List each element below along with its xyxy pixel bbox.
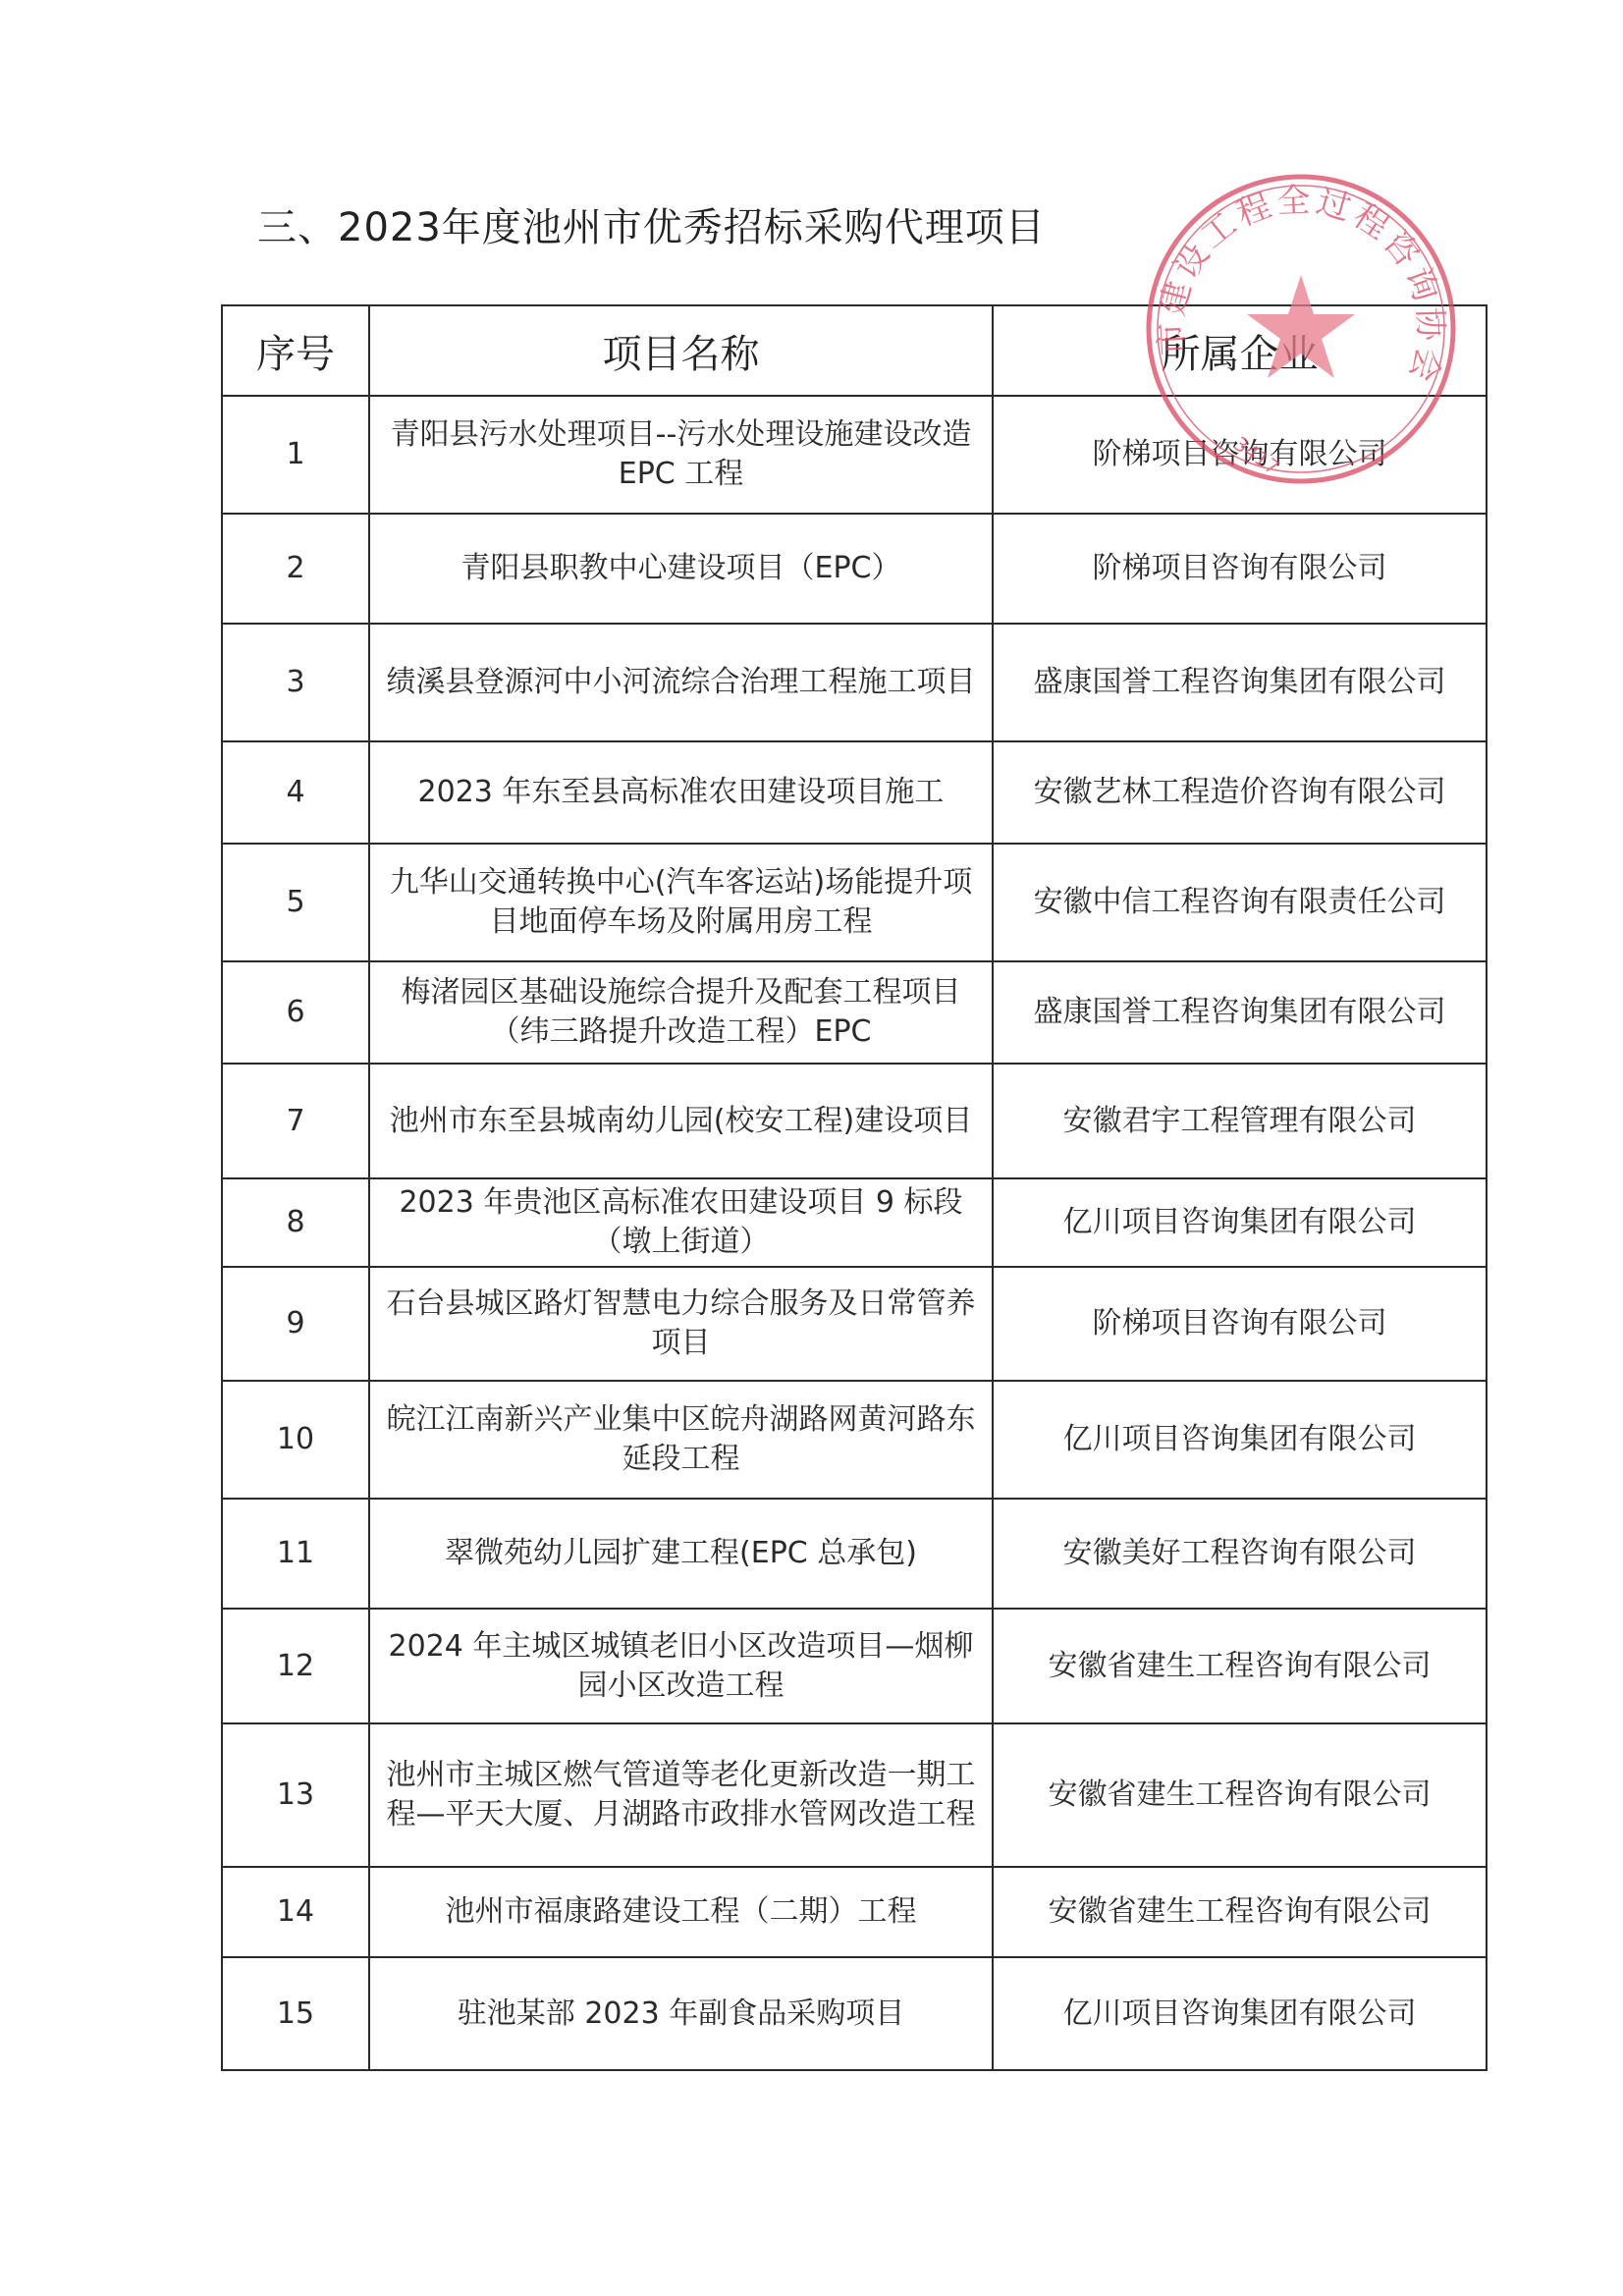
- table-header-row: 序号 项目名称 所属企业: [222, 305, 1487, 396]
- cell-project: 池州市福康路建设工程（二期）工程: [369, 1867, 993, 1957]
- cell-project: 2023 年贵池区高标准农田建设项目 9 标段（墩上街道）: [369, 1178, 993, 1267]
- cell-company: 阶梯项目咨询有限公司: [993, 514, 1487, 624]
- table-row: 11翠微苑幼儿园扩建工程(EPC 总承包)安徽美好工程咨询有限公司: [222, 1499, 1487, 1609]
- cell-project: 池州市东至县城南幼儿园(校安工程)建设项目: [369, 1064, 993, 1178]
- table-row: 7池州市东至县城南幼儿园(校安工程)建设项目安徽君宇工程管理有限公司: [222, 1064, 1487, 1178]
- cell-company: 安徽君宇工程管理有限公司: [993, 1064, 1487, 1178]
- cell-project: 驻池某部 2023 年副食品采购项目: [369, 1957, 993, 2070]
- cell-seq: 7: [222, 1064, 369, 1178]
- cell-company: 亿川项目咨询集团有限公司: [993, 1381, 1487, 1499]
- table-row: 42023 年东至县高标准农田建设项目施工安徽艺林工程造价咨询有限公司: [222, 741, 1487, 844]
- header-seq: 序号: [222, 305, 369, 396]
- header-project: 项目名称: [369, 305, 993, 396]
- cell-seq: 8: [222, 1178, 369, 1267]
- cell-seq: 5: [222, 844, 369, 961]
- table-row: 10皖江江南新兴产业集中区皖舟湖路网黄河路东延段工程亿川项目咨询集团有限公司: [222, 1381, 1487, 1499]
- cell-company: 安徽省建生工程咨询有限公司: [993, 1867, 1487, 1957]
- header-company: 所属企业: [993, 305, 1487, 396]
- cell-company: 盛康国誉工程咨询集团有限公司: [993, 624, 1487, 741]
- cell-seq: 15: [222, 1957, 369, 2070]
- cell-project: 翠微苑幼儿园扩建工程(EPC 总承包): [369, 1499, 993, 1609]
- table-row: 5九华山交通转换中心(汽车客运站)场能提升项目地面停车场及附属用房工程安徽中信工…: [222, 844, 1487, 961]
- table-row: 15驻池某部 2023 年副食品采购项目亿川项目咨询集团有限公司: [222, 1957, 1487, 2070]
- cell-project: 青阳县职教中心建设项目（EPC）: [369, 514, 993, 624]
- table-row: 3绩溪县登源河中小河流综合治理工程施工项目盛康国誉工程咨询集团有限公司: [222, 624, 1487, 741]
- award-table: 序号 项目名称 所属企业 1青阳县污水处理项目--污水处理设施建设改造 EPC …: [221, 304, 1488, 2071]
- page-title: 三、2023年度池州市优秀招标采购代理项目: [257, 196, 1046, 252]
- cell-project: 皖江江南新兴产业集中区皖舟湖路网黄河路东延段工程: [369, 1381, 993, 1499]
- table-row: 122024 年主城区城镇老旧小区改造项目—烟柳园小区改造工程安徽省建生工程咨询…: [222, 1609, 1487, 1723]
- cell-company: 盛康国誉工程咨询集团有限公司: [993, 961, 1487, 1064]
- table-row: 2青阳县职教中心建设项目（EPC）阶梯项目咨询有限公司: [222, 514, 1487, 624]
- cell-project: 梅渚园区基础设施综合提升及配套工程项目（纬三路提升改造工程）EPC: [369, 961, 993, 1064]
- cell-project: 2024 年主城区城镇老旧小区改造项目—烟柳园小区改造工程: [369, 1609, 993, 1723]
- cell-seq: 10: [222, 1381, 369, 1499]
- cell-company: 安徽中信工程咨询有限责任公司: [993, 844, 1487, 961]
- cell-project: 青阳县污水处理项目--污水处理设施建设改造 EPC 工程: [369, 396, 993, 514]
- cell-company: 安徽省建生工程咨询有限公司: [993, 1609, 1487, 1723]
- cell-project: 池州市主城区燃气管道等老化更新改造一期工程—平天大厦、月湖路市政排水管网改造工程: [369, 1723, 993, 1867]
- table-row: 6梅渚园区基础设施综合提升及配套工程项目（纬三路提升改造工程）EPC盛康国誉工程…: [222, 961, 1487, 1064]
- table-row: 82023 年贵池区高标准农田建设项目 9 标段（墩上街道）亿川项目咨询集团有限…: [222, 1178, 1487, 1267]
- cell-seq: 11: [222, 1499, 369, 1609]
- cell-seq: 4: [222, 741, 369, 844]
- cell-project: 绩溪县登源河中小河流综合治理工程施工项目: [369, 624, 993, 741]
- cell-company: 安徽省建生工程咨询有限公司: [993, 1723, 1487, 1867]
- table-row: 1青阳县污水处理项目--污水处理设施建设改造 EPC 工程阶梯项目咨询有限公司: [222, 396, 1487, 514]
- cell-company: 安徽美好工程咨询有限公司: [993, 1499, 1487, 1609]
- cell-seq: 1: [222, 396, 369, 514]
- cell-company: 亿川项目咨询集团有限公司: [993, 1178, 1487, 1267]
- table-row: 13池州市主城区燃气管道等老化更新改造一期工程—平天大厦、月湖路市政排水管网改造…: [222, 1723, 1487, 1867]
- table-row: 14池州市福康路建设工程（二期）工程安徽省建生工程咨询有限公司: [222, 1867, 1487, 1957]
- cell-company: 亿川项目咨询集团有限公司: [993, 1957, 1487, 2070]
- cell-seq: 9: [222, 1267, 369, 1381]
- cell-project: 石台县城区路灯智慧电力综合服务及日常管养项目: [369, 1267, 993, 1381]
- cell-company: 阶梯项目咨询有限公司: [993, 396, 1487, 514]
- cell-company: 阶梯项目咨询有限公司: [993, 1267, 1487, 1381]
- table-row: 9石台县城区路灯智慧电力综合服务及日常管养项目阶梯项目咨询有限公司: [222, 1267, 1487, 1381]
- cell-seq: 6: [222, 961, 369, 1064]
- cell-seq: 12: [222, 1609, 369, 1723]
- cell-project: 2023 年东至县高标准农田建设项目施工: [369, 741, 993, 844]
- cell-seq: 2: [222, 514, 369, 624]
- cell-seq: 14: [222, 1867, 369, 1957]
- cell-project: 九华山交通转换中心(汽车客运站)场能提升项目地面停车场及附属用房工程: [369, 844, 993, 961]
- cell-company: 安徽艺林工程造价咨询有限公司: [993, 741, 1487, 844]
- cell-seq: 3: [222, 624, 369, 741]
- cell-seq: 13: [222, 1723, 369, 1867]
